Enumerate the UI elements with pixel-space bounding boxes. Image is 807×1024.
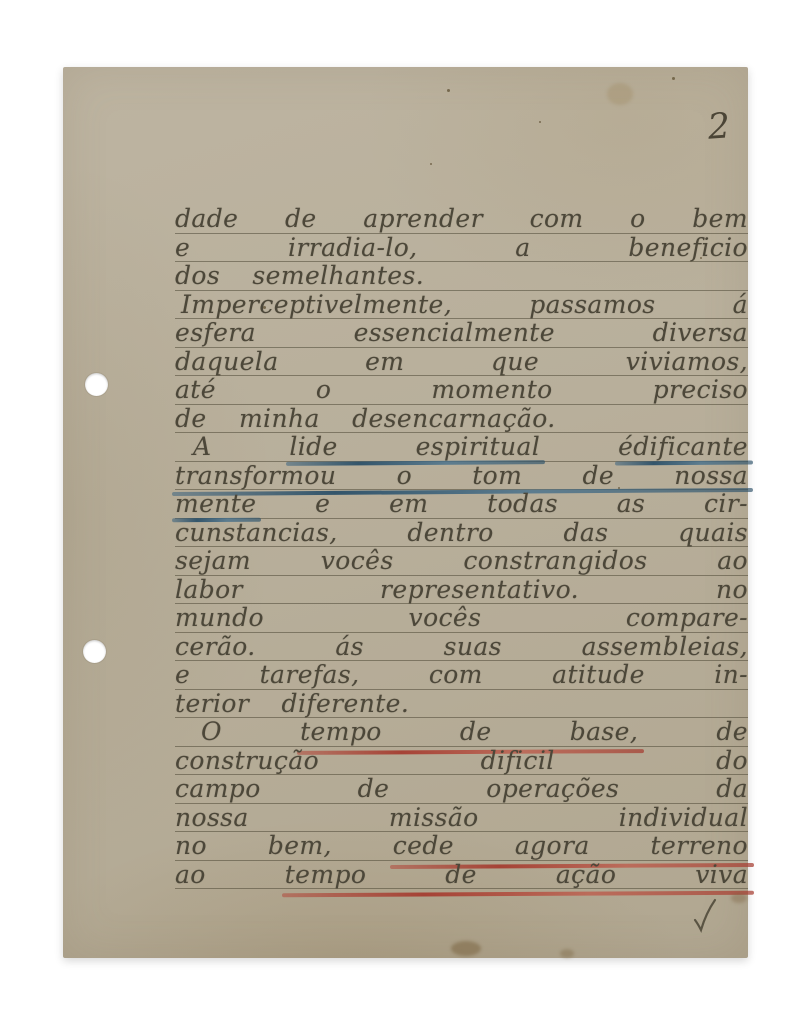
manuscript-line: esfera essencialmente diversa: [175, 319, 748, 348]
handwriting-text: cunstancias, dentro das quais: [175, 518, 748, 547]
age-stain: [451, 941, 481, 956]
foxing-speck: [447, 89, 450, 92]
underlined-handwriting: mente: [175, 489, 256, 518]
manuscript-line: nossa missão individual: [175, 804, 748, 833]
handwriting-text: ao: [175, 860, 285, 889]
checkmark-icon: [691, 897, 719, 935]
handwriting-text: Imperceptivelmente, passamos á: [181, 290, 748, 319]
underlined-handwriting: transformou o tom de nossa: [175, 461, 748, 490]
underlined-handwriting: tempo de base,: [300, 717, 638, 746]
handwriting-text: de: [638, 717, 748, 746]
age-stain: [607, 83, 633, 105]
handwriting-text: campo de operações da: [175, 774, 748, 803]
manuscript-line: dade de aprender com o bem: [175, 205, 748, 234]
handwriting-text: daquela em que viviamos,: [175, 347, 748, 376]
manuscript-line: Imperceptivelmente, passamos á: [175, 291, 748, 320]
manuscript-line: transformou o tom de nossa: [175, 462, 748, 491]
manuscript-line: terior diferente.: [175, 690, 748, 719]
handwriting-text: cerão. ás suas assembleias,: [175, 632, 748, 661]
underlined-handwriting: cede agora terreno: [393, 831, 748, 860]
handwriting-text: O: [201, 717, 300, 746]
underlined-handwriting: lide espiritual: [289, 432, 540, 461]
foxing-speck: [672, 77, 675, 80]
manuscript-line: dos semelhantes.: [175, 262, 748, 291]
foxing-speck: [700, 257, 702, 259]
handwriting-text: dos semelhantes.: [175, 261, 424, 290]
manuscript-line: construção dificil do: [175, 747, 748, 776]
manuscript-line: e irradia-lo, a beneficio: [175, 234, 748, 263]
manuscript-line: O tempo de base, de: [175, 718, 748, 747]
manuscript-line: cunstancias, dentro das quais: [175, 519, 748, 548]
manuscript-line: labor representativo. no: [175, 576, 748, 605]
manuscript-line: de minha desencarnação.: [175, 405, 748, 434]
handwriting-text: e em todas as cir-: [256, 489, 748, 518]
handwriting-text: construção dificil do: [175, 746, 748, 775]
handwriting-text: no bem,: [175, 831, 393, 860]
manuscript-line: campo de operações da: [175, 775, 748, 804]
age-stain: [560, 949, 574, 958]
handwriting-text: esfera essencialmente diversa: [175, 318, 748, 347]
handwriting-text: A: [193, 432, 289, 461]
manuscript-line: no bem, cede agora terreno: [175, 832, 748, 861]
manuscript-lines: dade de aprender com o beme irradia-lo, …: [175, 205, 748, 889]
handwriting-text: dade de aprender com o bem: [175, 204, 748, 233]
handwriting-text: até o momento preciso: [175, 375, 748, 404]
manuscript-line: cerão. ás suas assembleias,: [175, 633, 748, 662]
document-scan: 2 dade de aprender com o beme irradia-lo…: [0, 0, 807, 1024]
manuscript-line: e tarefas, com atitude in-: [175, 661, 748, 690]
underlined-handwriting: édificante: [618, 432, 748, 461]
handwriting-text: e irradia-lo, a beneficio: [175, 233, 748, 262]
handwriting-text: terior diferente.: [175, 689, 409, 718]
foxing-speck: [539, 121, 541, 123]
age-stain: [731, 893, 747, 903]
manuscript-line: até o momento preciso: [175, 376, 748, 405]
manuscript-line: mundo vocês compare-: [175, 604, 748, 633]
manuscript-line: A lide espiritual édificante: [175, 433, 748, 462]
foxing-speck: [618, 487, 620, 489]
page-number: 2: [688, 105, 751, 149]
manuscript-line: ao tempo de ação viva: [175, 861, 748, 890]
manuscript-line: sejam vocês constrangidos ao: [175, 547, 748, 576]
handwriting-text: sejam vocês constrangidos ao: [175, 546, 748, 575]
manuscript-page: 2 dade de aprender com o beme irradia-lo…: [63, 67, 748, 958]
underlined-handwriting: tempo de ação viva: [285, 860, 748, 889]
handwriting-text: e tarefas, com atitude in-: [175, 660, 748, 689]
foxing-speck: [263, 306, 266, 309]
handwriting-text: mundo vocês compare-: [175, 603, 748, 632]
handwriting-text: [540, 432, 618, 461]
handwriting-text: labor representativo. no: [175, 575, 748, 604]
punch-hole: [83, 640, 106, 663]
manuscript-line: daquela em que viviamos,: [175, 348, 748, 377]
handwriting-text: de minha desencarnação.: [175, 404, 556, 433]
punch-hole: [85, 373, 108, 396]
manuscript-line: mente e em todas as cir-: [175, 490, 748, 519]
foxing-speck: [430, 163, 432, 165]
handwriting-text: nossa missão individual: [175, 803, 748, 832]
